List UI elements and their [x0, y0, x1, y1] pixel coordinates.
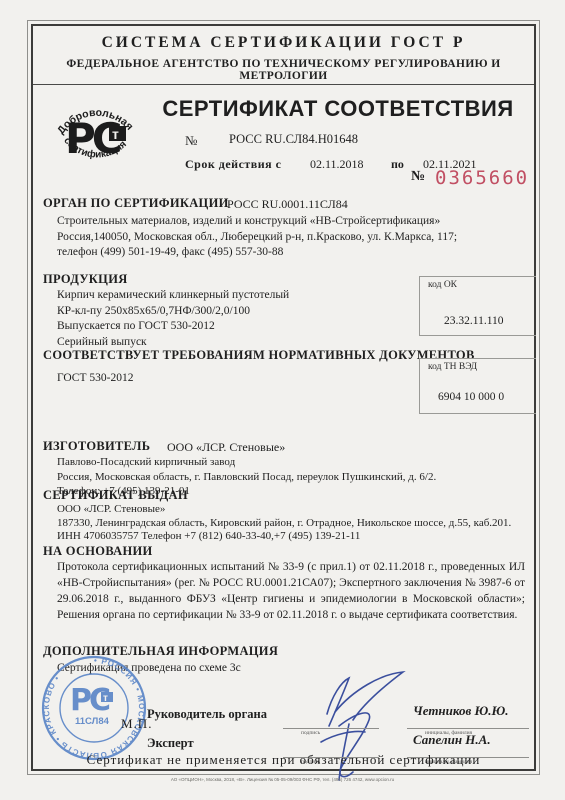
name-line: [407, 728, 529, 729]
org-line: Россия,140050, Московская обл., Люберецк…: [57, 230, 497, 246]
head-of-body-name: Четников Ю.Ю.: [413, 703, 509, 719]
expert-role: Эксперт: [147, 736, 194, 751]
cert-number-value: РОСС RU.СЛ84.Н01648: [229, 132, 358, 147]
footer-note: Сертификат не применяется при обязательн…: [33, 752, 534, 768]
product-label: ПРОДУКЦИЯ: [43, 272, 128, 287]
tnved-code-box: код ТН ВЭД 6904 10 000 0: [419, 358, 536, 414]
validity-from-date: 02.11.2018: [310, 157, 364, 172]
certification-body-details: Строительных материалов, изделий и конст…: [57, 214, 497, 261]
manufacturer-line: Россия, Московская область, г. Павловски…: [57, 470, 497, 485]
expert-name: Сапелин Н.А.: [413, 732, 491, 748]
agency-title: ФЕДЕРАЛЬНОЕ АГЕНТСТВО ПО ТЕХНИЧЕСКОМУ РЕ…: [33, 58, 534, 82]
system-title: СИСТЕМА СЕРТИФИКАЦИИ ГОСТ Р: [33, 34, 534, 52]
handwritten-signatures: [269, 668, 419, 786]
org-line: Строительных материалов, изделий и конст…: [57, 214, 497, 230]
basis-text: Протокола сертификационных испытаний № 3…: [57, 559, 525, 623]
validity-to-label: по: [391, 157, 404, 172]
tnved-code-value: 6904 10 000 0: [438, 391, 504, 403]
certificate-page: { "header": { "line1": "СИСТЕМА СЕРТИФИК…: [0, 0, 565, 800]
certification-body-stamp: • РОССИЯ • МОСКОВСКАЯ ОБЛАСТЬ • КРАСКОВО…: [37, 652, 151, 764]
ok-code-value: 23.32.11.110: [444, 315, 504, 327]
certification-body-code: РОСС RU.0001.11СЛ84: [227, 197, 348, 212]
issued-to-label: СЕРТИФИКАТ ВЫДАН: [43, 488, 188, 503]
cert-number-sign: №: [185, 133, 197, 149]
logo-letter-t: т: [112, 126, 119, 142]
blank-number-value: 0365660: [435, 167, 529, 189]
ok-code-label: код ОК: [428, 280, 457, 290]
signature-line: [283, 728, 379, 729]
blank-number-sign: №: [411, 169, 425, 185]
conformity-label: СООТВЕТСТВУЕТ ТРЕБОВАНИЯМ НОРМАТИВНЫХ ДО…: [43, 348, 475, 363]
tnved-code-label: код ТН ВЭД: [428, 362, 477, 372]
basis-label: НА ОСНОВАНИИ: [43, 544, 153, 559]
head-of-body-role: Руководитель органа: [147, 707, 267, 722]
rst-voluntary-certification-logo: Добровольная сертификация РС т: [47, 90, 147, 186]
header-divider: [33, 84, 534, 85]
issued-to-line: ИНН 4706035757 Телефон +7 (812) 640-33-4…: [57, 530, 527, 544]
certificate-title: СЕРТИФИКАТ СООТВЕТСТВИЯ: [151, 96, 525, 122]
product-line: Выпускается по ГОСТ 530-2012: [57, 319, 417, 335]
org-line: телефон (499) 501-19-49, факс (495) 557-…: [57, 245, 497, 261]
manufacturer-name: ООО «ЛСР. Стеновые»: [167, 440, 285, 455]
signature-caption: подпись: [301, 730, 320, 736]
certificate-content: СИСТЕМА СЕРТИФИКАЦИИ ГОСТ Р ФЕДЕРАЛЬНОЕ …: [33, 26, 534, 769]
stamp-center-code: 11СЛ84: [75, 716, 110, 727]
certification-body-label: ОРГАН ПО СЕРТИФИКАЦИИ: [43, 196, 229, 211]
svg-text:т: т: [103, 693, 108, 704]
conformity-standard: ГОСТ 530-2012: [57, 372, 133, 384]
certificate-inner-border: СИСТЕМА СЕРТИФИКАЦИИ ГОСТ Р ФЕДЕРАЛЬНОЕ …: [31, 24, 536, 771]
printer-imprint: АО «ОПЦИОН», Москва, 2018, «В». Лицензия…: [0, 777, 565, 782]
issued-to-line: ООО «ЛСР. Стеновые»: [57, 503, 527, 517]
manufacturer-line: Павлово-Посадский кирпичный завод: [57, 455, 497, 470]
ok-code-box: код ОК 23.32.11.110: [419, 276, 536, 336]
issued-to-details: ООО «ЛСР. Стеновые» 187330, Ленинградска…: [57, 503, 527, 544]
issued-to-line: 187330, Ленинградская область, Кировский…: [57, 517, 527, 531]
certificate-frame: СИСТЕМА СЕРТИФИКАЦИИ ГОСТ Р ФЕДЕРАЛЬНОЕ …: [27, 20, 540, 775]
product-details: Кирпич керамический клинкерный пустотелы…: [57, 288, 417, 350]
manufacturer-label: ИЗГОТОВИТЕЛЬ: [43, 439, 150, 454]
product-line: Кирпич керамический клинкерный пустотелы…: [57, 288, 417, 304]
product-line: КР-кл-пу 250х85х65/0,7НФ/300/2,0/100: [57, 304, 417, 320]
validity-label: Срок действия с: [185, 157, 282, 172]
